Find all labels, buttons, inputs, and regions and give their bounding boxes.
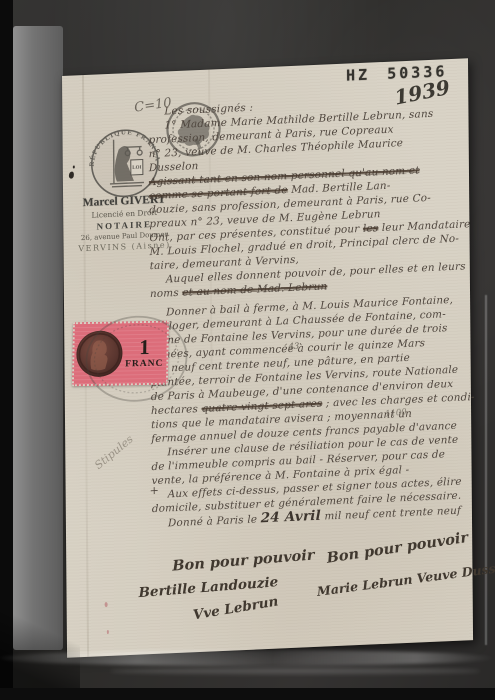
ink-speck <box>105 602 108 607</box>
handwritten-text: Dusselon <box>149 160 199 174</box>
ink-blot <box>73 165 75 168</box>
ink-blot <box>69 171 74 178</box>
document-paper: HZ 50336 1939 C=10 RÉPUBLIQUE FRANÇAISE … <box>62 58 473 658</box>
sleeve-corner-shadow <box>0 590 80 690</box>
pencil-margin-note: Stipules <box>92 433 136 472</box>
signature-left-bon-pour-pouvoir: Bon pour pouvoir <box>172 547 315 575</box>
handwritten-text: hectares <box>151 403 202 417</box>
sleeve-seam-highlight <box>485 295 487 645</box>
interline-correction: 43 <box>288 342 299 352</box>
handwritten-text: 24 Avril <box>261 508 321 527</box>
sleeve-sheen <box>110 668 480 674</box>
handwritten-text: mil neuf cent trente neuf <box>321 505 461 523</box>
sleeve-sheen <box>0 650 495 666</box>
handwritten-text: noms <box>150 287 183 300</box>
struck-text: les <box>363 222 379 235</box>
manuscript: Les soussignés :1° Madame Marie Mathilde… <box>148 91 472 530</box>
margin-cross-mark: + <box>150 484 159 497</box>
ink-speck <box>107 630 109 634</box>
postmark-icon <box>80 310 193 407</box>
album-left-band <box>13 26 63 650</box>
emblem-tablet-text: LOI <box>132 166 141 171</box>
interline-correction: 1100 <box>385 407 407 419</box>
photo-backdrop: HZ 50336 1939 C=10 RÉPUBLIQUE FRANÇAISE … <box>0 0 495 700</box>
signature-right-bon-pour-pouvoir: Bon pour pouvoir <box>326 529 469 567</box>
handwritten-text: Donné à Paris le <box>168 513 261 529</box>
sleeve-bottom-edge <box>0 688 495 700</box>
signature-left-widow: Vve Lebrun <box>192 593 279 623</box>
